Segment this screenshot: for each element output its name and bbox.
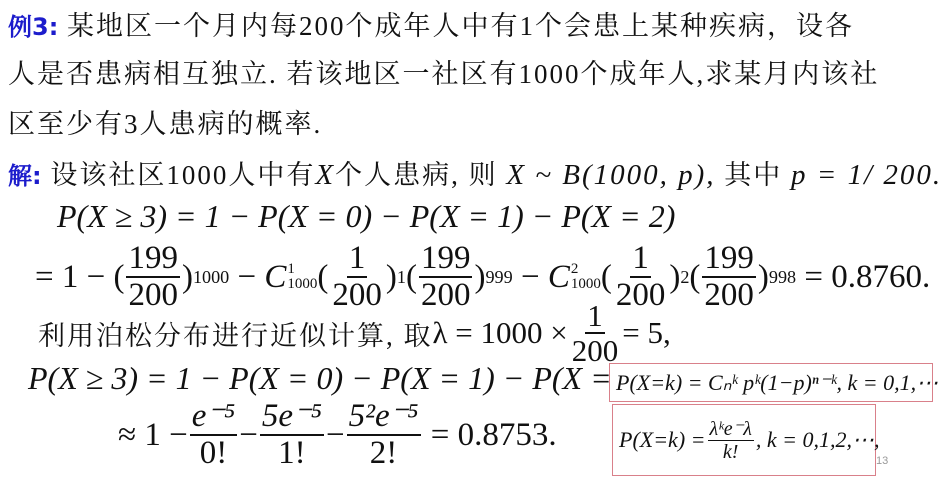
page-number: 13 — [876, 455, 888, 467]
equation-poisson-result: ≈ 1 − e⁻⁵0! − 5e⁻⁵1! − 5²e⁻⁵2! = 0.8753. — [118, 400, 557, 470]
binomial-formula-box: P(X=k) = Cₙᵏ pᵏ(1−p)ⁿ⁻ᵏ, k = 0,1,⋯,n, — [609, 363, 933, 402]
solution-intro: 解: 设该社区1000人中有X个人患病, 则 X ~ B(1000, p), 其… — [8, 153, 938, 192]
solution-label: 解: — [8, 162, 42, 190]
example-line-2: 人是否患病相互独立. 若该地区一社区有1000个成年人,求某月内该社 — [8, 52, 879, 91]
equation-exact-sum: P(X ≥ 3) = 1 − P(X = 0) − P(X = 1) − P(X… — [57, 198, 675, 235]
poisson-formula-box: P(X=k) = λᵏe⁻λk! , k = 0,1,2,⋯, — [612, 404, 876, 476]
equation-poisson-sum: P(X ≥ 3) = 1 − P(X = 0) − P(X = 1) − P(X… — [28, 360, 646, 397]
example-line-1: 例3: 某地区一个月内每200个成年人中有1个会患上某种疾病，设各 — [8, 4, 854, 43]
poisson-approx-line: 利用泊松分布进行近似计算, 取 λ = 1000 × 1200 = 5, — [38, 300, 671, 366]
example-label: 例3: — [8, 13, 58, 41]
example-line-3: 区至少有3人患病的概率. — [8, 102, 322, 141]
